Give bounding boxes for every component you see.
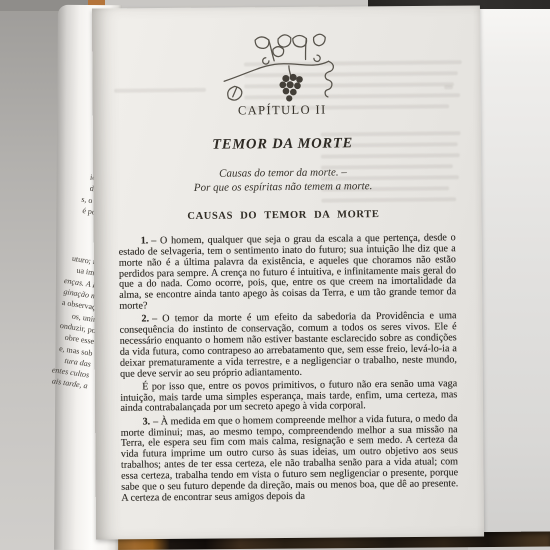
- paragraph-number: 2.: [141, 314, 149, 325]
- paragraph-1: 1.– O homem, qualquer que seja o grau da…: [119, 233, 457, 312]
- chapter-subtitle: Causas do temor da morte. – Por que os e…: [93, 165, 473, 196]
- paragraph-text: É por isso que, entre os povos primitivo…: [120, 378, 457, 414]
- section-heading: CAUSAS DO TEMOR DA MORTE: [93, 208, 473, 223]
- book-page: CAPÍTULO II TEMOR DA MORTE Causas do tem…: [92, 5, 484, 539]
- paragraph-number: 3.: [142, 416, 150, 427]
- chapter-title: TEMOR DA MORTE: [93, 134, 473, 155]
- chapter-heading: CAPÍTULO II: [92, 101, 472, 120]
- grapevine-ornament: [219, 24, 356, 109]
- body-text: 1.– O homem, qualquer que seja o grau da…: [119, 233, 459, 541]
- book-photo: az de Do, se sea utilidn aindaa-se faldo…: [0, 0, 550, 550]
- grape-cluster: [279, 74, 303, 102]
- showthrough-smudge: [321, 197, 456, 202]
- paragraph-2-continuation: É por isso que, entre os povos primitivo…: [120, 379, 457, 415]
- subtitle-line-2: Por que os espíritas não temem a morte.: [93, 179, 473, 196]
- paragraph-text: – O homem, qualquer que seja o grau da e…: [119, 233, 457, 312]
- paragraph-text: – À medida em que o homem compreende mel…: [121, 413, 459, 503]
- showthrough-smudge: [321, 153, 460, 158]
- page-content: CAPÍTULO II TEMOR DA MORTE Causas do tem…: [91, 5, 485, 540]
- showthrough-smudge: [114, 88, 206, 93]
- paragraph-text: – O temor da morte é um efeito da sabedo…: [120, 311, 457, 380]
- paragraph-3: 3.– À medida em que o homem compreende m…: [121, 414, 459, 504]
- paragraph-number: 1.: [141, 235, 149, 246]
- paragraph-2: 2.– O temor da morte é um efeito da sabe…: [119, 312, 457, 381]
